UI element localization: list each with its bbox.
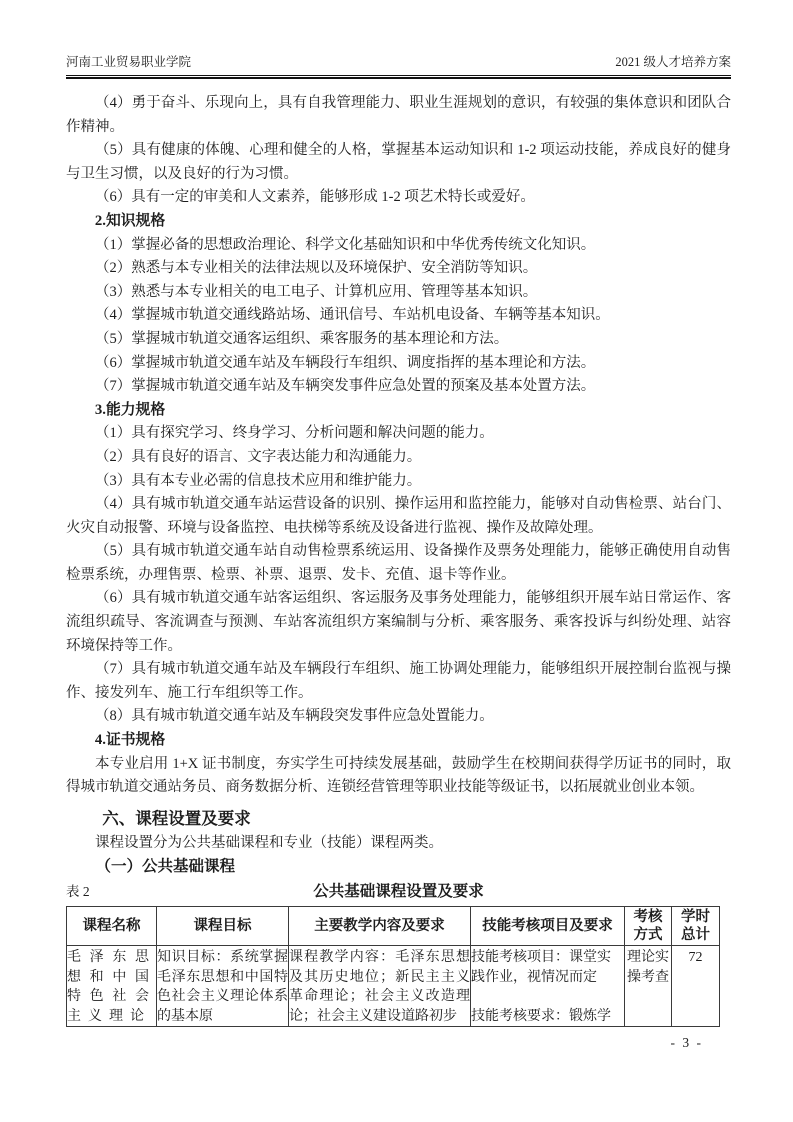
col-header-skill-assessment: 技能考核项目及要求 <box>471 907 625 946</box>
subsection-heading: 4.证书规格 <box>66 729 731 753</box>
paragraph: （1）具有探究学习、终身学习、分析问题和解决问题的能力。 <box>66 422 731 446</box>
paragraph: （5）具有城市轨道交通车站自动售检票系统运用、设备操作及票务处理能力，能够正确使… <box>66 540 731 587</box>
paragraph: （3）具有本专业必需的信息技术应用和维护能力。 <box>66 470 731 494</box>
table-label: 表 2 <box>66 880 90 904</box>
table-row: 毛泽东思想和中国特色社会主义理论 知识目标：系统掌握毛泽东思想和中国特色社会主义… <box>67 946 720 1027</box>
section-heading: 六、课程设置及要求 <box>66 805 731 832</box>
table-header-row: 课程名称 课程目标 主要教学内容及要求 技能考核项目及要求 考核方式 学时总计 <box>67 907 720 946</box>
paragraph: （2）具有良好的语言、文字表达能力和沟通能力。 <box>66 446 731 470</box>
paragraph: （4）具有城市轨道交通车站运营设备的识别、操作运用和监控能力，能够对自动售检票、… <box>66 493 731 540</box>
paragraph: （2）熟悉与本专业相关的法律法规以及环境保护、安全消防等知识。 <box>66 257 731 281</box>
page-number: - 3 - <box>66 1035 731 1051</box>
col-header-course-goal: 课程目标 <box>157 907 289 946</box>
paragraph: （4）勇于奋斗、乐现向上，具有自我管理能力、职业生涯规划的意识，有较强的集体意识… <box>66 92 731 139</box>
cell-teaching-content: 课程教学内容：毛泽东思想及其历史地位；新民主主义革命理论；社会主义改造理论；社会… <box>289 946 471 1027</box>
document-body: （4）勇于奋斗、乐现向上，具有自我管理能力、职业生涯规划的意识，有较强的集体意识… <box>66 92 731 1051</box>
paragraph: （8）具有城市轨道交通车站及车辆段突发事件应急处置能力。 <box>66 705 731 729</box>
paragraph: 本专业启用 1+X 证书制度，夯实学生可持续发展基础，鼓励学生在校期间获得学历证… <box>66 753 731 800</box>
cell-skill-assessment: 技能考核项目：课堂实践作业，视情况而定 技能考核要求：锻炼学 <box>471 946 625 1027</box>
paragraph: （6）具有一定的审美和人文素养，能够形成 1-2 项艺术特长或爱好。 <box>66 186 731 210</box>
col-header-course-name: 课程名称 <box>67 907 157 946</box>
section-subheading: （一）公共基础课程 <box>66 855 731 879</box>
paragraph: （5）掌握城市轨道交通客运组织、乘客服务的基本理论和方法。 <box>66 328 731 352</box>
cell-total-hours: 72 <box>672 946 720 1027</box>
paragraph: （6）掌握城市轨道交通车站及车辆段行车组织、调度指挥的基本理论和方法。 <box>66 352 731 376</box>
paragraph: （5）具有健康的体魄、心理和健全的人格，掌握基本运动知识和 1-2 项运动技能，… <box>66 139 731 186</box>
cell-course-name: 毛泽东思想和中国特色社会主义理论 <box>67 946 157 1027</box>
paragraph: （6）具有城市轨道交通车站客运组织、客运服务及事务处理能力，能够组织开展车站日常… <box>66 587 731 658</box>
paragraph: （4）掌握城市轨道交通线路站场、通讯信号、车站机电设备、车辆等基本知识。 <box>66 304 731 328</box>
header-school-name: 河南工业贸易职业学院 <box>66 52 191 70</box>
section-intro: 课程设置分为公共基础课程和专业（技能）课程两类。 <box>66 832 731 856</box>
paragraph: （1）掌握必备的思想政治理论、科学文化基础知识和中华优秀传统文化知识。 <box>66 234 731 258</box>
table-title: 公共基础课程设置及要求 <box>66 880 731 904</box>
col-header-exam-method: 考核方式 <box>625 907 672 946</box>
course-table: 课程名称 课程目标 主要教学内容及要求 技能考核项目及要求 考核方式 学时总计 … <box>66 906 720 1027</box>
header-rule <box>66 76 731 79</box>
subsection-heading: 3.能力规格 <box>66 399 731 423</box>
subsection-heading: 2.知识规格 <box>66 210 731 234</box>
table-caption: 表 2 公共基础课程设置及要求 <box>66 880 731 904</box>
cell-exam-method: 理论实操考查 <box>625 946 672 1027</box>
col-header-total-hours: 学时总计 <box>672 907 720 946</box>
col-header-teaching-content: 主要教学内容及要求 <box>289 907 471 946</box>
header-plan-title: 2021 级人才培养方案 <box>615 52 731 70</box>
document-page: 河南工业贸易职业学院 2021 级人才培养方案 （4）勇于奋斗、乐现向上，具有自… <box>0 0 793 1122</box>
paragraph: （7）具有城市轨道交通车站及车辆段行车组织、施工协调处理能力，能够组织开展控制台… <box>66 658 731 705</box>
cell-course-goal: 知识目标：系统掌握毛泽东思想和中国特色社会主义理论体系的基本原 <box>157 946 289 1027</box>
paragraph: （3）熟悉与本专业相关的电工电子、计算机应用、管理等基本知识。 <box>66 281 731 305</box>
paragraph: （7）掌握城市轨道交通车站及车辆突发事件应急处置的预案及基本处置方法。 <box>66 375 731 399</box>
page-header: 河南工业贸易职业学院 2021 级人才培养方案 <box>66 52 731 76</box>
